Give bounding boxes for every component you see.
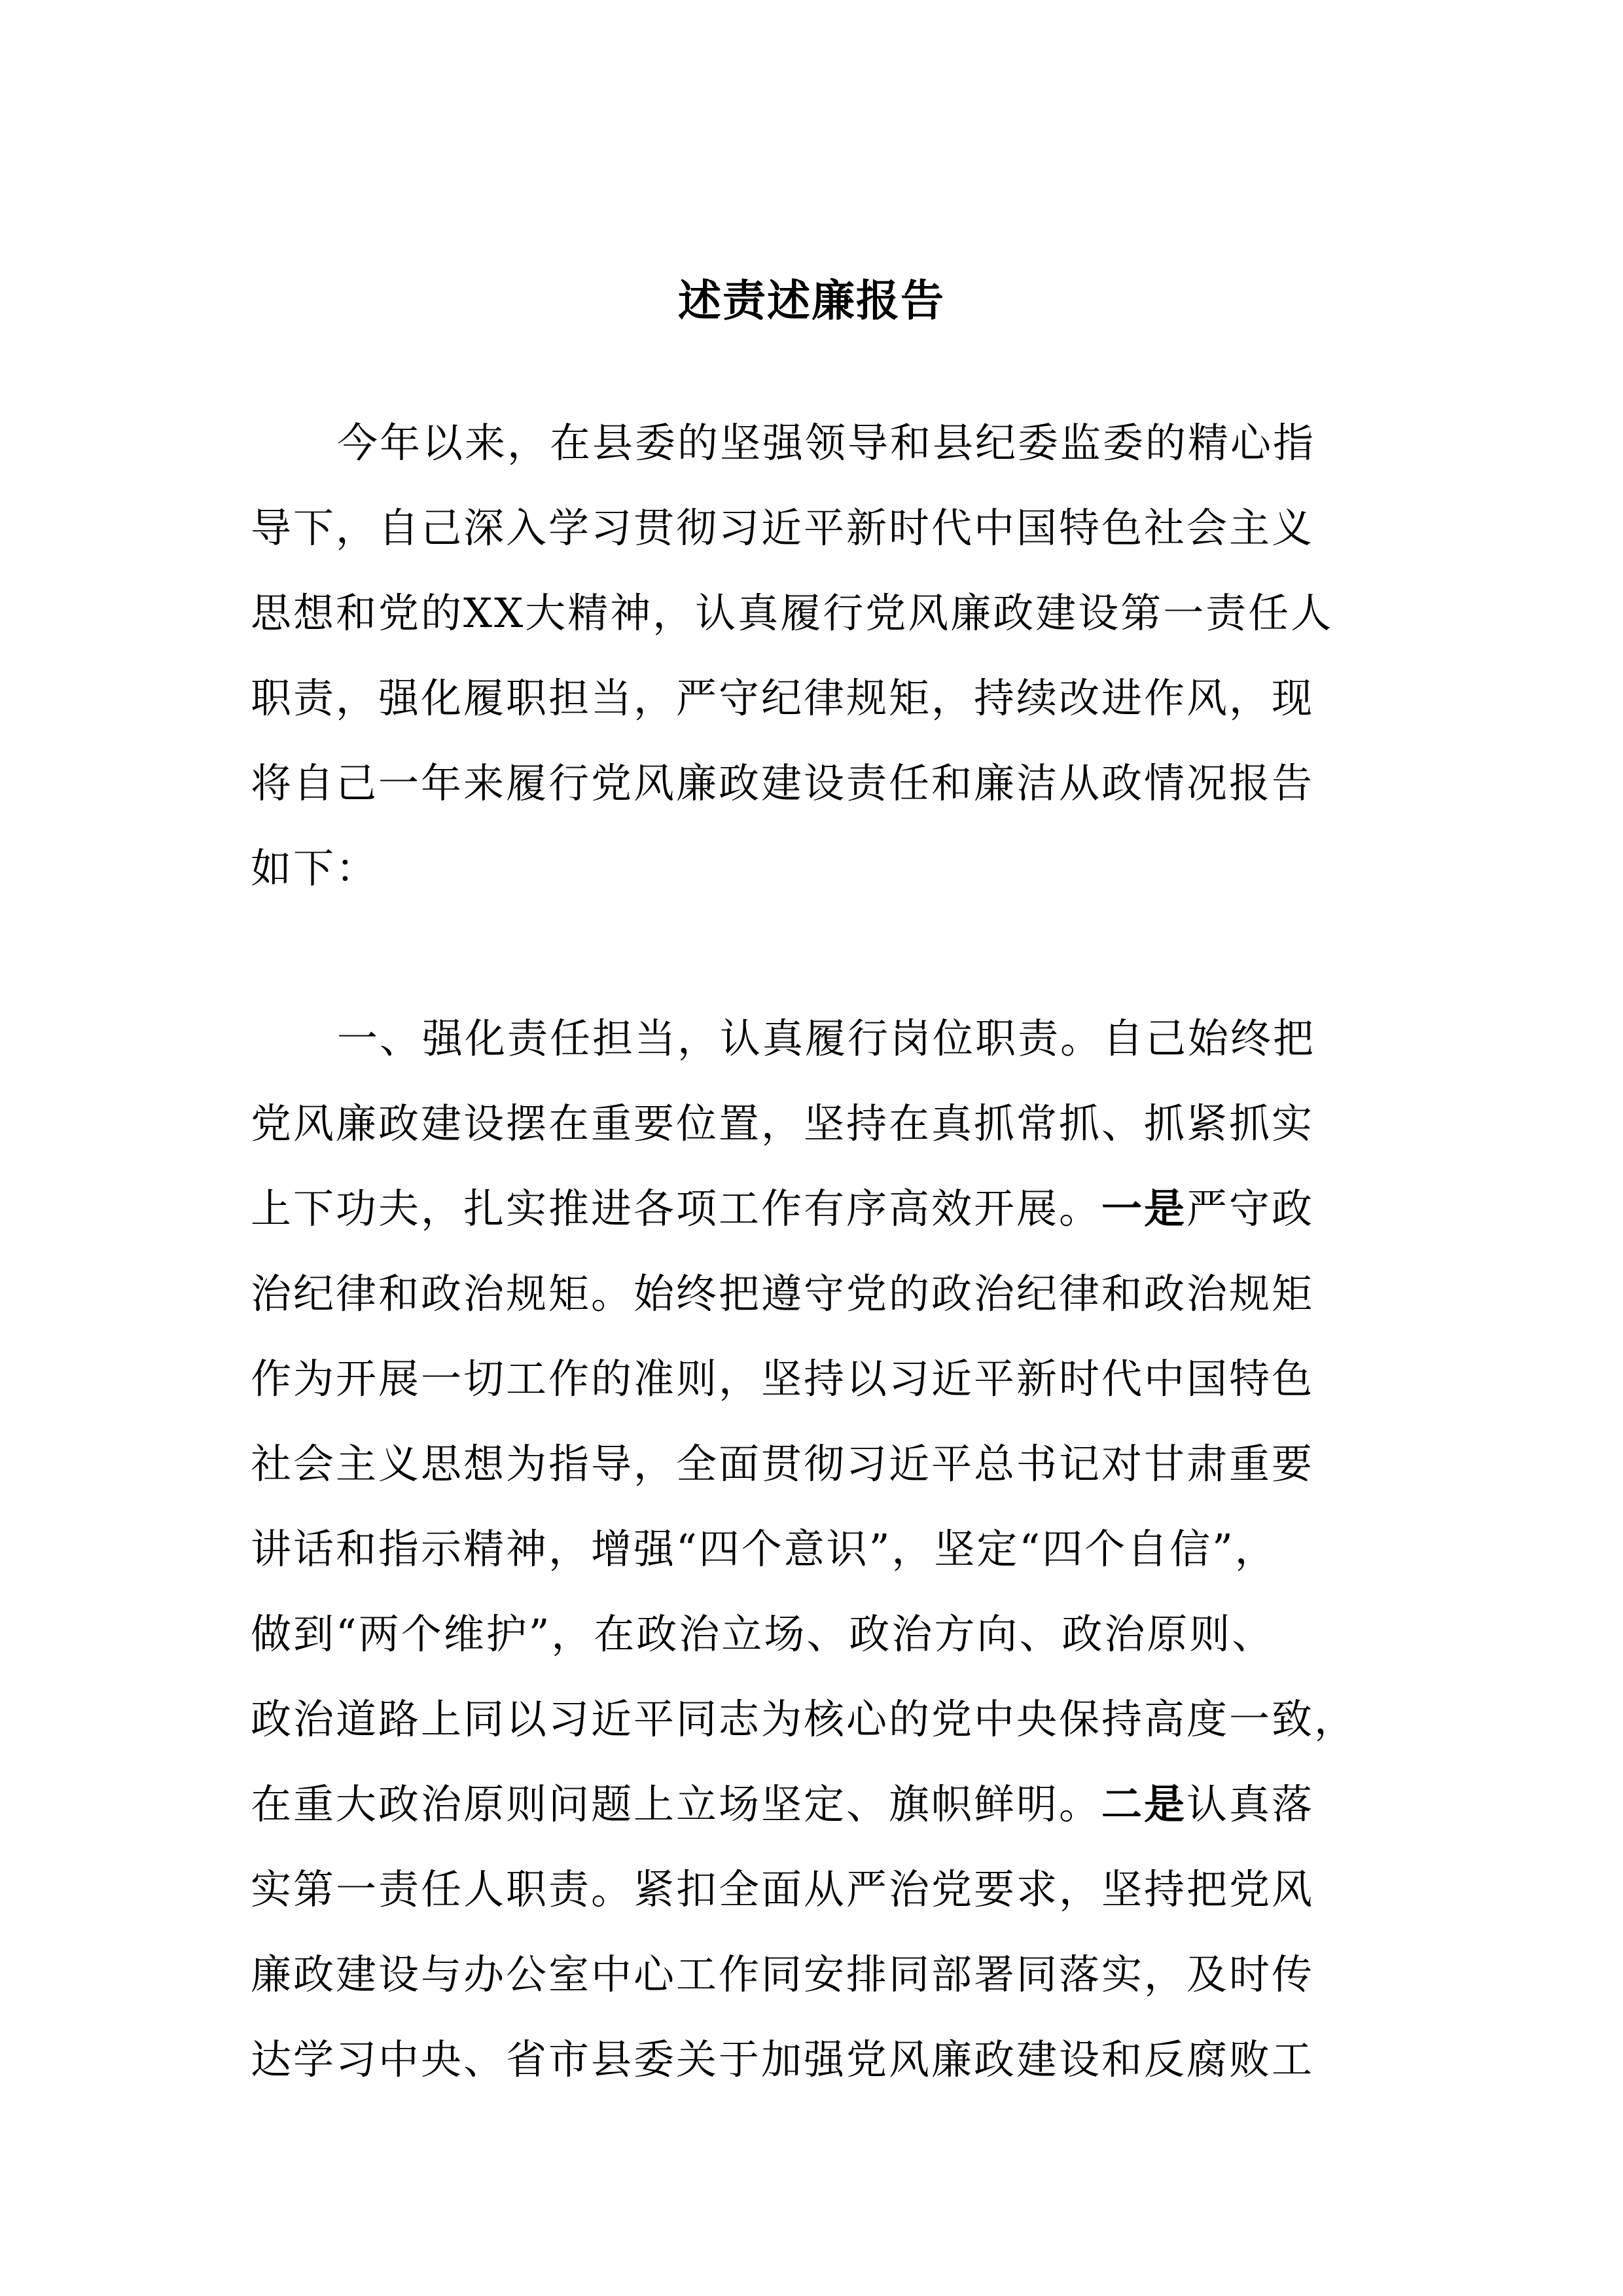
document-page: 述责述廉报告 今年以来，在县委的坚强领导和县纪委监委的精心指 导下，自己深入学习…: [0, 0, 1623, 2296]
text-line: 党风廉政建设摆在重要位置，坚持在真抓常抓、抓紧抓实: [251, 1081, 1389, 1166]
text-line: 达学习中央、省市县委关于加强党风廉政建设和反腐败工: [251, 2017, 1389, 2102]
bold-point-marker: 二是: [1101, 1780, 1186, 1828]
text-line: 职责，强化履职担当，严守纪律规矩，持续改进作风，现: [251, 656, 1389, 741]
paragraph-section-one: 一、强化责任担当，认真履行岗位职责。自己始终把 党风廉政建设摆在重要位置，坚持在…: [251, 996, 1389, 2102]
line-text-before: 上下功夫，扎实推进各项工作有序高效开展。: [251, 1185, 1101, 1232]
text-line: 导下，自己深入学习贯彻习近平新时代中国特色社会主义: [251, 486, 1389, 571]
text-line: 社会主义思想为指导，全面贯彻习近平总书记对甘肃重要: [251, 1422, 1389, 1507]
text-line: 做到“两个维护”，在政治立场、政治方向、政治原则、: [251, 1592, 1389, 1677]
text-line: 思想和党的XX大精神，认真履行党风廉政建设第一责任人: [251, 571, 1389, 656]
text-line-with-bold: 上下功夫，扎实推进各项工作有序高效开展。一是严守政: [251, 1166, 1389, 1251]
text-line: 治纪律和政治规矩。始终把遵守党的政治纪律和政治规矩: [251, 1251, 1389, 1336]
document-body: 今年以来，在县委的坚强领导和县纪委监委的精心指 导下，自己深入学习贯彻习近平新时…: [251, 401, 1389, 2102]
text-line: 将自己一年来履行党风廉政建设责任和廉洁从政情况报告: [251, 741, 1389, 826]
text-line: 作为开展一切工作的准则，坚持以习近平新时代中国特色: [251, 1336, 1389, 1422]
text-line: 廉政建设与办公室中心工作同安排同部署同落实，及时传: [251, 1932, 1389, 2017]
text-line: 如下：: [251, 826, 1389, 911]
line-text-after: 严守政: [1186, 1185, 1314, 1232]
text-line: 今年以来，在县委的坚强领导和县纪委监委的精心指: [251, 401, 1389, 486]
text-line: 政治道路上同以习近平同志为核心的党中央保持高度一致，: [251, 1677, 1389, 1762]
line-text-after: 认真落: [1186, 1780, 1314, 1828]
paragraph-intro: 今年以来，在县委的坚强领导和县纪委监委的精心指 导下，自己深入学习贯彻习近平新时…: [251, 401, 1389, 911]
bold-point-marker: 一是: [1101, 1185, 1186, 1232]
paragraph-spacer: [251, 911, 1389, 996]
line-text-before: 在重大政治原则问题上立场坚定、旗帜鲜明。: [251, 1780, 1101, 1828]
text-line: 实第一责任人职责。紧扣全面从严治党要求，坚持把党风: [251, 1847, 1389, 1932]
text-line: 讲话和指示精神，增强“四个意识”，坚定“四个自信”，: [251, 1507, 1389, 1592]
section-heading-line: 一、强化责任担当，认真履行岗位职责。自己始终把: [251, 996, 1389, 1081]
text-line-with-bold: 在重大政治原则问题上立场坚定、旗帜鲜明。二是认真落: [251, 1762, 1389, 1847]
document-title: 述责述廉报告: [0, 272, 1623, 331]
